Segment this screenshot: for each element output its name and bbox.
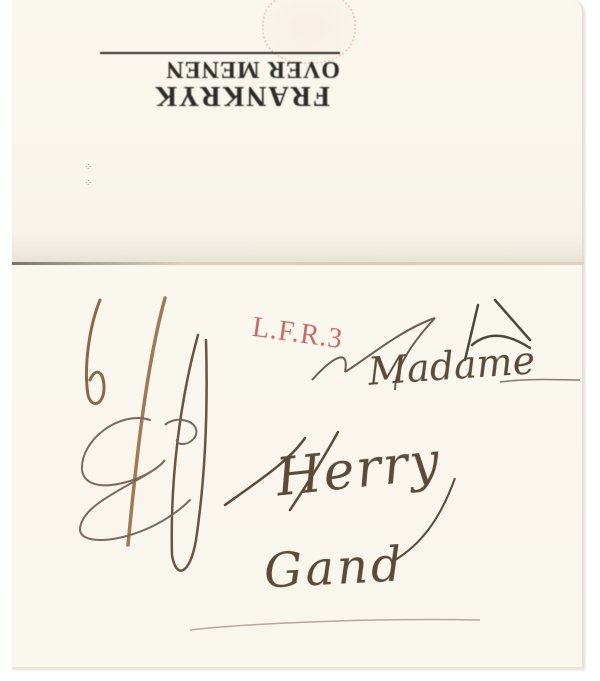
address-line-city: Gand xyxy=(263,536,406,599)
